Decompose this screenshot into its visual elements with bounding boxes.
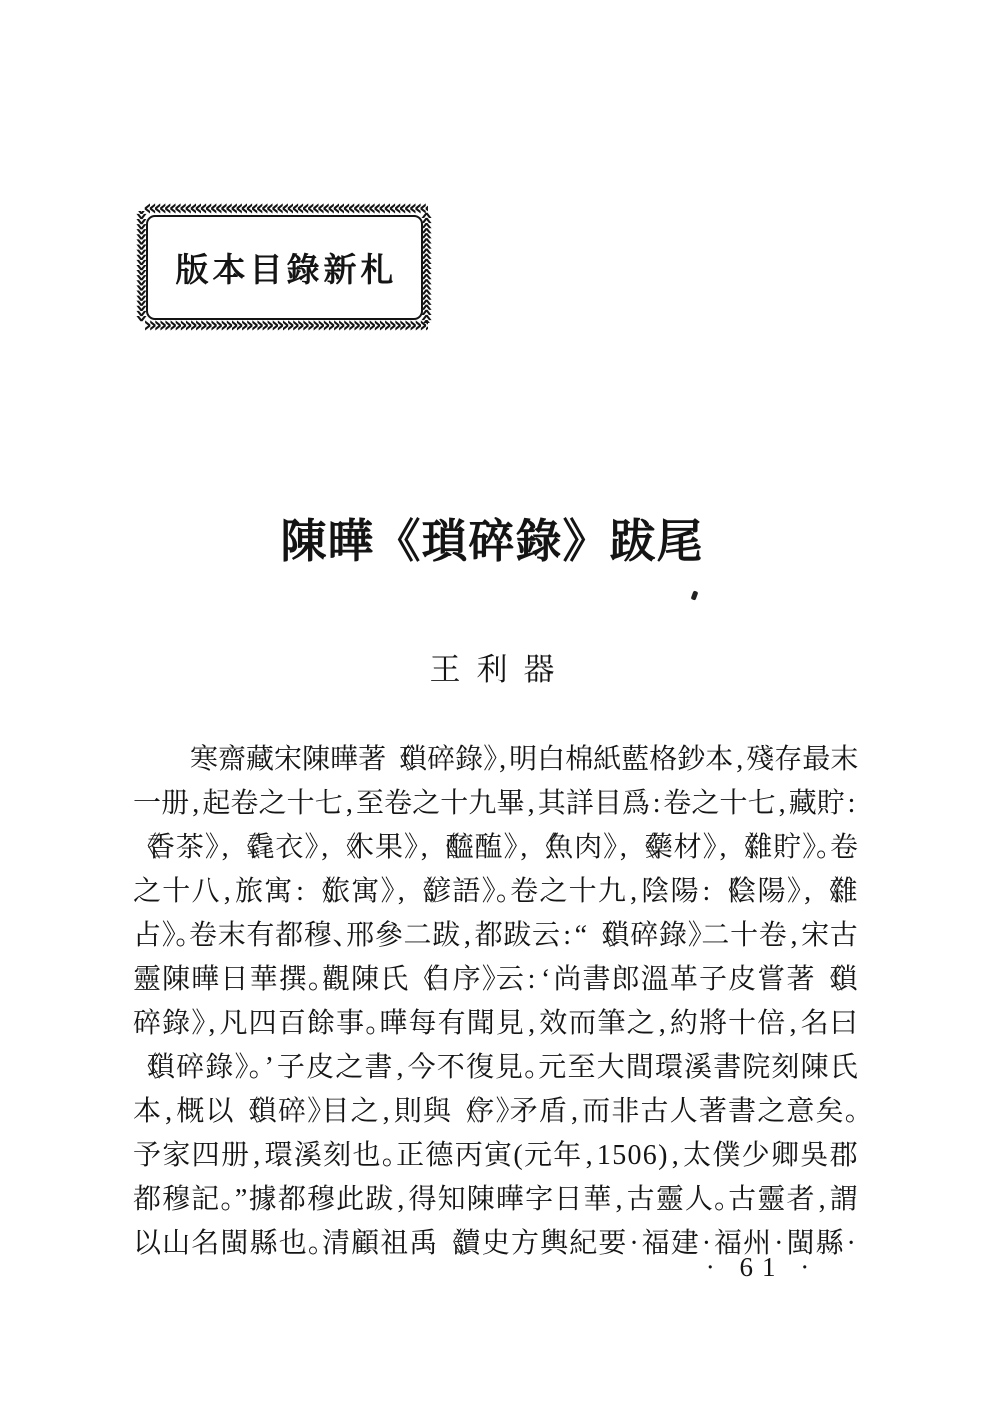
stray-mark [691,590,699,600]
series-inner-frame: 版本目錄新札 [146,215,423,320]
page-number: · 61 · [695,1252,820,1283]
series-label: 版本目錄新札 [172,244,398,291]
author-name: 王利器 [0,644,984,689]
body-line: 《香茶》,《毳衣》,《木果》,《醯醢》,《魚肉》,《藥材》,《雜貯》。卷 [133,828,858,872]
article-body: 寒齋藏宋陳曄著《瑣碎錄》,明白棉紙藍格鈔本,殘存最末一册,起卷之十七,至卷之十九… [133,740,858,1268]
scanned-book-page: «««««««««««««««««««««««««««««« »»»»»»»»»… [0,0,984,1428]
body-line: 《瑣碎錄》。’子皮之書,今不復見。元至大間環溪書院刻陳氏 [133,1048,858,1092]
series-label-box: «««««««««««««««««««««««««««««« »»»»»»»»»… [131,201,438,334]
body-line: 予家四册,環溪刻也。正德丙寅(元年,1506),太僕少卿吳郡 [133,1136,858,1180]
body-line: 碎錄》,凡四百餘事。曄每有聞見,效而筆之,約將十倍,名曰 [133,1004,858,1048]
body-line: 都穆記。”據都穆此跋,得知陳曄字日華,古靈人。古靈者,謂 [133,1180,858,1224]
body-line: 靈陳曄日華撰。觀陳氏《自序》云:‘尚書郎溫革子皮嘗著《瑣 [133,960,858,1004]
body-line: 占》。卷末有都穆、邢參二跋,都跋云:“《瑣碎錄》二十卷,宋古 [133,916,858,960]
article-title: 陳曄《瑣碎錄》跋尾 [0,505,984,571]
body-line: 之十八,旅寓:《旅寓》,《諺語》。卷之十九,陰陽:《陰陽》,《雜 [133,872,858,916]
body-line: 本,概以《瑣碎》目之,則與《序》矛盾,而非古人著書之意矣。 [133,1092,858,1136]
body-line: 一册,起卷之十七,至卷之十九畢,其詳目爲:卷之十七,藏貯: [133,784,858,828]
body-line: 寒齋藏宋陳曄著《瑣碎錄》,明白棉紙藍格鈔本,殘存最末 [133,740,858,784]
